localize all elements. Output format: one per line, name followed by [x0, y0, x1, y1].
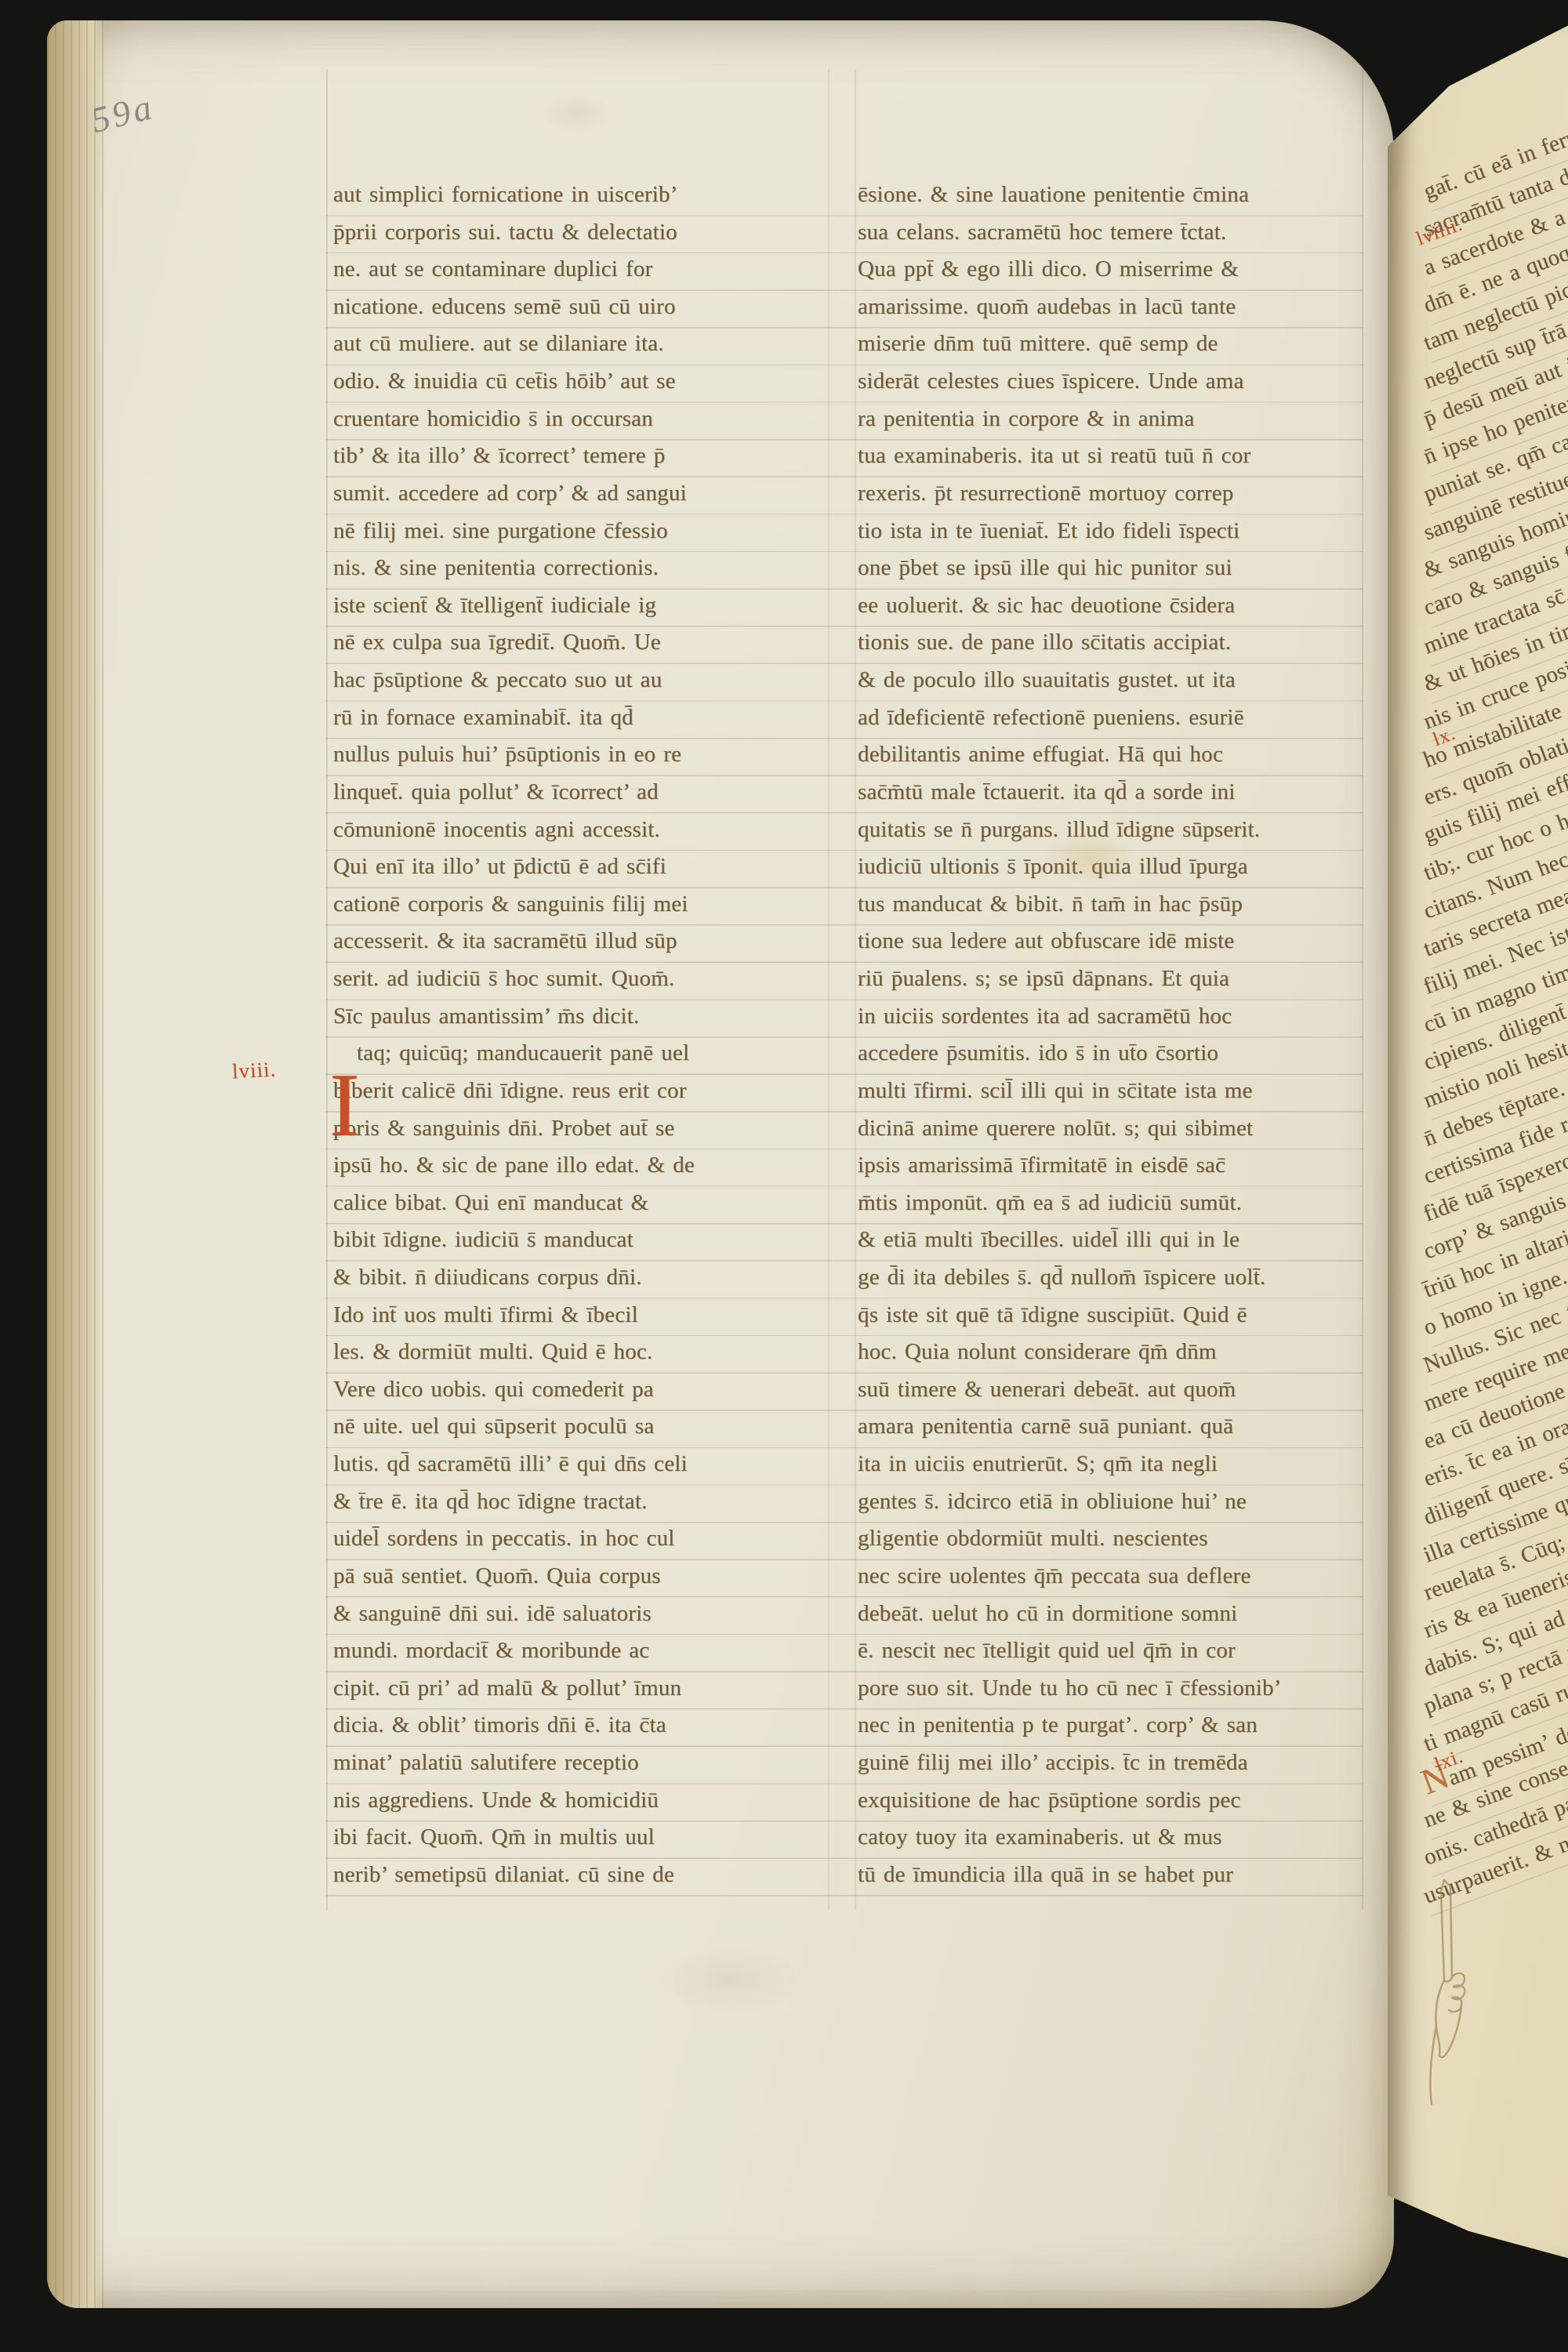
text-line: les. & dormiūt multi. Quid ē hoc.	[333, 1336, 652, 1367]
text-line: cruentare homicidio s̄ in occursan	[333, 403, 653, 434]
text-line: Qui enī ita illo’ ut p̄dictū ē ad sc̄ifi	[333, 851, 666, 882]
text-line: taq; quicūq; manducauerit panē uel	[333, 1037, 689, 1069]
manuscript-photo: gat̄. cū eā in feruoresacram̄tū tanta di…	[0, 0, 1568, 2352]
text-line: gentes s̄. idcirco etiā in obliuione hui…	[858, 1486, 1247, 1517]
text-line: p̄prii corporis sui. tactu & delectatio	[333, 216, 677, 248]
text-line: tio ista in te īueniat̄. Et ido fideli ī…	[858, 515, 1240, 546]
text-line: poris & sanguinis dn̄i. Probet aut̄ se	[333, 1112, 674, 1144]
text-line: nullus puluis hui’ p̄sūptionis in eo re	[333, 739, 681, 770]
text-line: Qua ppt̄ & ego illi dico. O miserrime &	[858, 253, 1239, 285]
text-line: rexeris. p̄t resurrectionē mortuoy corre…	[858, 477, 1233, 509]
text-line: debeāt. uelut ho cū in dormitione somni	[858, 1598, 1237, 1629]
text-line: dicinā anime querere nolūt. s; qui sibim…	[858, 1112, 1253, 1144]
text-line: in uiciis sordentes ita ad sacramētū hoc	[858, 1000, 1232, 1032]
text-line: nec in penitentia p te purgat’. corp’ & …	[858, 1709, 1258, 1740]
text-line: sumit. accedere ad corp’ & ad sangui	[333, 477, 687, 509]
text-line: & sanguinē dn̄i sui. idē saluatoris	[333, 1598, 652, 1629]
text-line: cōmunionē inocentis agni accessit.	[333, 814, 660, 845]
text-line: ge d̄i ita debiles s̄. qd̄ nullom̄ īspic…	[858, 1261, 1265, 1293]
text-line: ra penitentia in corpore & in anima	[858, 403, 1194, 434]
text-line: nē ex culpa sua īgredit̄. Quom̄. Ue	[333, 626, 661, 658]
text-line: exquisitione de hac p̄sūptione sordis pe…	[858, 1784, 1240, 1816]
text-line: tua examinaberis. ita ut si reatū tuū n̄…	[858, 440, 1250, 471]
text-line: ita in uiciis enutrierūt. S; qm̄ ita neg…	[858, 1448, 1218, 1479]
text-line: cationē corporis & sanguinis filij mei	[333, 888, 688, 920]
text-line: multi īfirmi. scil̄ illi qui in sc̄itate…	[858, 1075, 1253, 1106]
chapter-numeral-lviii: lviii.	[231, 1058, 277, 1084]
text-line: tione sua ledere aut obfuscare idē miste	[858, 925, 1234, 956]
text-line: ee uoluerit. & sic hac deuotione c̄sider…	[858, 590, 1235, 621]
text-line: tus manducat & bibit. n̄ tam̄ in hac p̄s…	[858, 888, 1243, 920]
text-line: accesserit. & ita sacramētū illud sūp	[333, 925, 677, 956]
text-line: q̄s iste sit quē tā īdigne suscipiūt. Qu…	[858, 1299, 1247, 1330]
text-line: hoc. Quia nolunt considerare q̄m̄ dn̄m	[858, 1336, 1217, 1367]
text-line: accedere p̄sumitis. ido s̄ in ut̄o c̄sor…	[858, 1037, 1218, 1069]
text-line: pā suā sentiet. Quom̄. Quia corpus	[333, 1560, 661, 1592]
text-line: nis aggrediens. Unde & homicidiū	[333, 1784, 659, 1816]
text-line: gligentie obdormiūt multi. nescientes	[858, 1523, 1208, 1554]
text-line: ē. nescit nec ītelligit quid uel q̄m̄ in…	[858, 1635, 1236, 1666]
text-line: amara penitentia carnē suā puniant. quā	[858, 1410, 1233, 1442]
text-line: nē filij mei. sine purgatione c̄fessio	[333, 515, 668, 546]
manicule-pointing-hand-icon	[1408, 1875, 1494, 2111]
text-line: & t̄re ē. ita qd̄ hoc īdigne tractat.	[333, 1486, 648, 1517]
text-line: nis. & sine penitentia correctionis.	[333, 552, 659, 583]
text-line: suū timere & uenerari debeāt. aut quom̄	[858, 1374, 1236, 1405]
text-line: cipit. cū pri’ ad malū & pollut’ īmun	[333, 1672, 681, 1704]
text-line: riū p̄ualens. s; se ipsū dāpnans. Et qui…	[858, 963, 1229, 994]
text-line: biberit calicē dn̄i īdigne. reus erit co…	[333, 1075, 687, 1106]
text-line: siderāt celestes ciues īspicere. Unde am…	[858, 365, 1244, 397]
text-line: bibit īdigne. iudiciū s̄ manducat	[333, 1224, 633, 1255]
page-edge-stack	[47, 20, 105, 2308]
text-line: debilitantis anime effugiat. Hā qui hoc	[858, 739, 1223, 770]
text-line: odio. & inuidia cū cet̄is hōib’ aut se	[333, 365, 676, 397]
text-line: serit. ad iudiciū s̄ hoc sumit. Quom̄.	[333, 963, 674, 994]
text-column-right: ēsione. & sine lauatione penitentie c̄mi…	[858, 179, 1367, 1904]
vertical-ruling	[326, 69, 328, 1910]
vertical-ruling	[855, 69, 856, 1910]
text-line: iste scient̄ & ītelligent̄ iudiciale ig	[333, 590, 656, 621]
text-line: ibi facit. Quom̄. Qm̄ in multis uul	[333, 1821, 655, 1853]
text-line: nē uite. uel qui sūpserit poculū sa	[333, 1410, 654, 1442]
text-line: nicatione. educens semē suū cū uiro	[333, 291, 676, 322]
text-line: calice bibat. Qui enī manducat &	[333, 1187, 648, 1218]
text-line: Vere dico uobis. qui comederit pa	[333, 1374, 654, 1405]
text-line: amarissime. quom̄ audebas in lacū tante	[858, 291, 1236, 322]
text-line: tionis sue. de pane illo sc̄itatis accip…	[858, 626, 1231, 658]
text-line: iudiciū ultionis s̄ īponit. quia illud ī…	[858, 851, 1248, 882]
text-line: sua celans. sacramētū hoc temere t̄ctat.	[858, 216, 1226, 248]
text-line: & de poculo illo suauitatis gustet. ut i…	[858, 664, 1236, 695]
text-line: mundi. mordacit̄ & moribunde ac	[333, 1635, 649, 1666]
text-line: aut simplici fornicatione in uiscerib’	[333, 179, 678, 210]
text-line: ipsū ho. & sic de pane illo edat. & de	[333, 1149, 695, 1181]
text-line: ipsis amarissimā īfirmitatē in eisdē sac…	[858, 1149, 1225, 1181]
text-line: dicia. & oblit’ timoris dn̄i ē. ita c̄ta	[333, 1709, 666, 1740]
text-line: nec scire uolentes q̄m̄ peccata sua defl…	[858, 1560, 1250, 1592]
text-line: linquet̄. quia pollut’ & īcorrect’ ad	[333, 776, 659, 808]
text-line: one p̄bet se ipsū ille qui hic punitor s…	[858, 552, 1232, 583]
text-line: ēsione. & sine lauatione penitentie c̄mi…	[858, 179, 1249, 210]
text-line: minat’ palatiū salutifere receptio	[333, 1747, 639, 1778]
text-line: tib’ & ita illo’ & īcorrect’ temere p̄	[333, 440, 665, 471]
text-line: Ido int̄ uos multi īfirmi & ībecil	[333, 1299, 638, 1330]
text-line: ad īdeficientē refectionē pueniens. esur…	[858, 702, 1244, 733]
text-line: tū de īmundicia illa quā in se habet pur	[858, 1859, 1233, 1890]
text-line: quitatis se n̄ purgans. illud īdigne sūp…	[858, 814, 1260, 845]
text-column-left: aut simplici fornicatione in uiscerib’p̄…	[333, 179, 843, 1904]
text-line: pore suo sit. Unde tu ho cū nec ī c̄fess…	[858, 1672, 1282, 1704]
text-line: aut cū muliere. aut se dilaniare ita.	[333, 328, 664, 359]
text-line: uidel̄ sordens in peccatis. in hoc cul	[333, 1523, 675, 1554]
text-line: catoy tuoy ita examinaberis. ut & mus	[858, 1821, 1222, 1853]
rubric-initial-I: I	[329, 1060, 360, 1151]
text-line: & etiā multi ībecilles. uidel̄ illi qui …	[858, 1224, 1240, 1255]
text-line: guinē filij mei illo’ accipis. t̄c in tr…	[858, 1747, 1248, 1778]
text-line: & bibit. n̄ diiudicans corpus dn̄i.	[333, 1261, 642, 1293]
text-line: hac p̄sūptione & peccato suo ut au	[333, 664, 662, 695]
text-line: ne. aut se contaminare duplici for	[333, 253, 652, 285]
text-line: rū in fornace examinabit̄. ita qd̄	[333, 702, 633, 733]
text-line: m̄tis imponūt. qm̄ ea s̄ ad iudiciū sumū…	[858, 1187, 1242, 1218]
text-line: Sīc paulus amantissim’ m̄s dicit.	[333, 1000, 639, 1032]
text-line: lutis. qd̄ sacramētū illi’ ē qui dn̄s ce…	[333, 1448, 688, 1479]
text-line: miserie dn̄m tuū mittere. quē semp de	[858, 328, 1218, 359]
text-line: nerib’ semetipsū dilaniat. cū sine de	[333, 1859, 674, 1890]
text-line: sac̄m̄tū male t̄ctauerit. ita qd̄ a sord…	[858, 776, 1236, 808]
